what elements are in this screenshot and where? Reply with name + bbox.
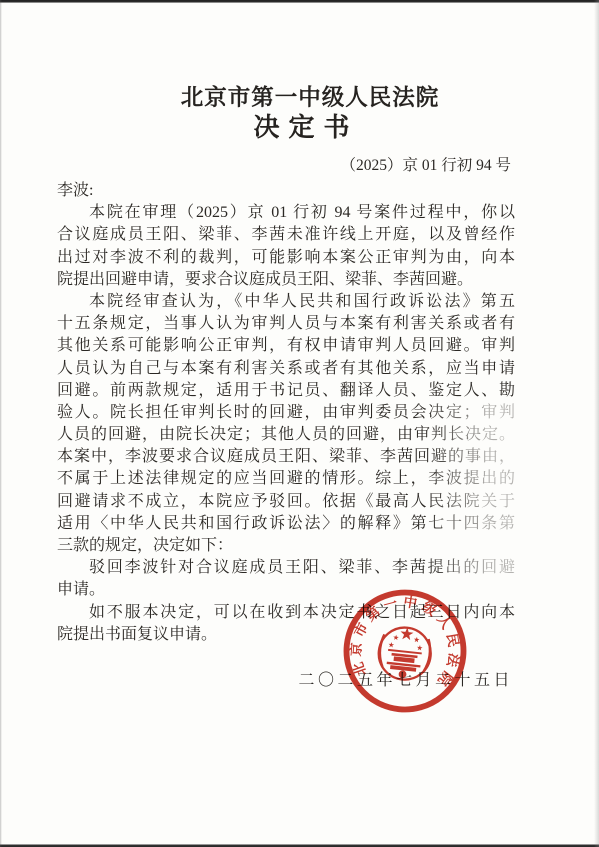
body-line: 本院经审查认为，《中华人民共和国行政诉讼法》第五	[57, 291, 515, 313]
national-emblem-icon	[376, 625, 433, 682]
seal-arc-text-path: 北京市第一中级人民法院	[344, 588, 469, 695]
body-line: 适用〈中华人民共和国行政诉讼法〉的解释》第七十四条第	[57, 513, 515, 535]
scan-edge-top	[0, 0, 599, 3]
court-decision-document: 北京市第一中级人民法院 决定书 （2025）京 01 行初 94 号 李波: 本…	[0, 0, 599, 847]
court-seal-graphic: 北京市第一中级人民法院	[334, 580, 477, 723]
body-line: 不属于上述法律规定的应当回避的情形。综上，李波提出的	[57, 468, 515, 490]
body-line: 驳回李波针对合议庭成员王阳、梁菲、李茜提出的回避	[57, 557, 515, 579]
official-court-seal: 北京市第一中级人民法院	[334, 580, 477, 723]
body-line: 其他关系可能影响公正审判，有权申请审判人员回避。审判	[57, 335, 515, 357]
scan-edge-left	[0, 0, 2, 847]
body-line: 院提出回避申请，要求合议庭成员王阳、梁菲、李茜回避。	[57, 269, 515, 291]
body-line: 三款的规定，决定如下：	[57, 535, 515, 557]
body-line: 人员的回避，由院长决定；其他人员的回避，由审判长决定。	[57, 424, 515, 446]
scan-edge-right	[594, 0, 599, 847]
case-number: （2025）京 01 行初 94 号	[57, 153, 515, 175]
addressee-name: 李波:	[57, 180, 515, 202]
body-line: 十五条规定，当事人认为审判人员与本案有利害关系或者有	[57, 313, 515, 335]
body-line: 回避。前两款规定，适用于书记员、翻译人员、鉴定人、勘	[57, 380, 515, 402]
body-line: 合议庭成员王阳、梁菲、李茜未准许线上开庭，以及曾经作	[57, 224, 515, 246]
body-line: 验人。院长担任审判长时的回避，由审判委员会决定；审判	[57, 402, 515, 424]
document-body: 李波: 本院在审理（2025）京 01 行初 94 号案件过程中，你以合议庭成员…	[57, 180, 515, 646]
body-line: 本案中，李波要求合议庭成员王阳、梁菲、李茜回避的事由，	[57, 446, 515, 468]
body-line: 人员认为自己与本案有利害关系或者有其他关系，应当申请	[57, 358, 515, 380]
seal-arc-text: 北京市第一中级人民法院	[344, 588, 469, 695]
body-line: 本院在审理（2025）京 01 行初 94 号案件过程中，你以	[57, 202, 515, 224]
body-line: 出过对李波不利的裁判，可能影响本案公正审判为由，向本	[57, 247, 515, 269]
document-type-title: 决定书	[77, 107, 535, 144]
body-line: 回避请求不成立，本院应予驳回。依据《最高人民法院关于	[57, 491, 515, 513]
